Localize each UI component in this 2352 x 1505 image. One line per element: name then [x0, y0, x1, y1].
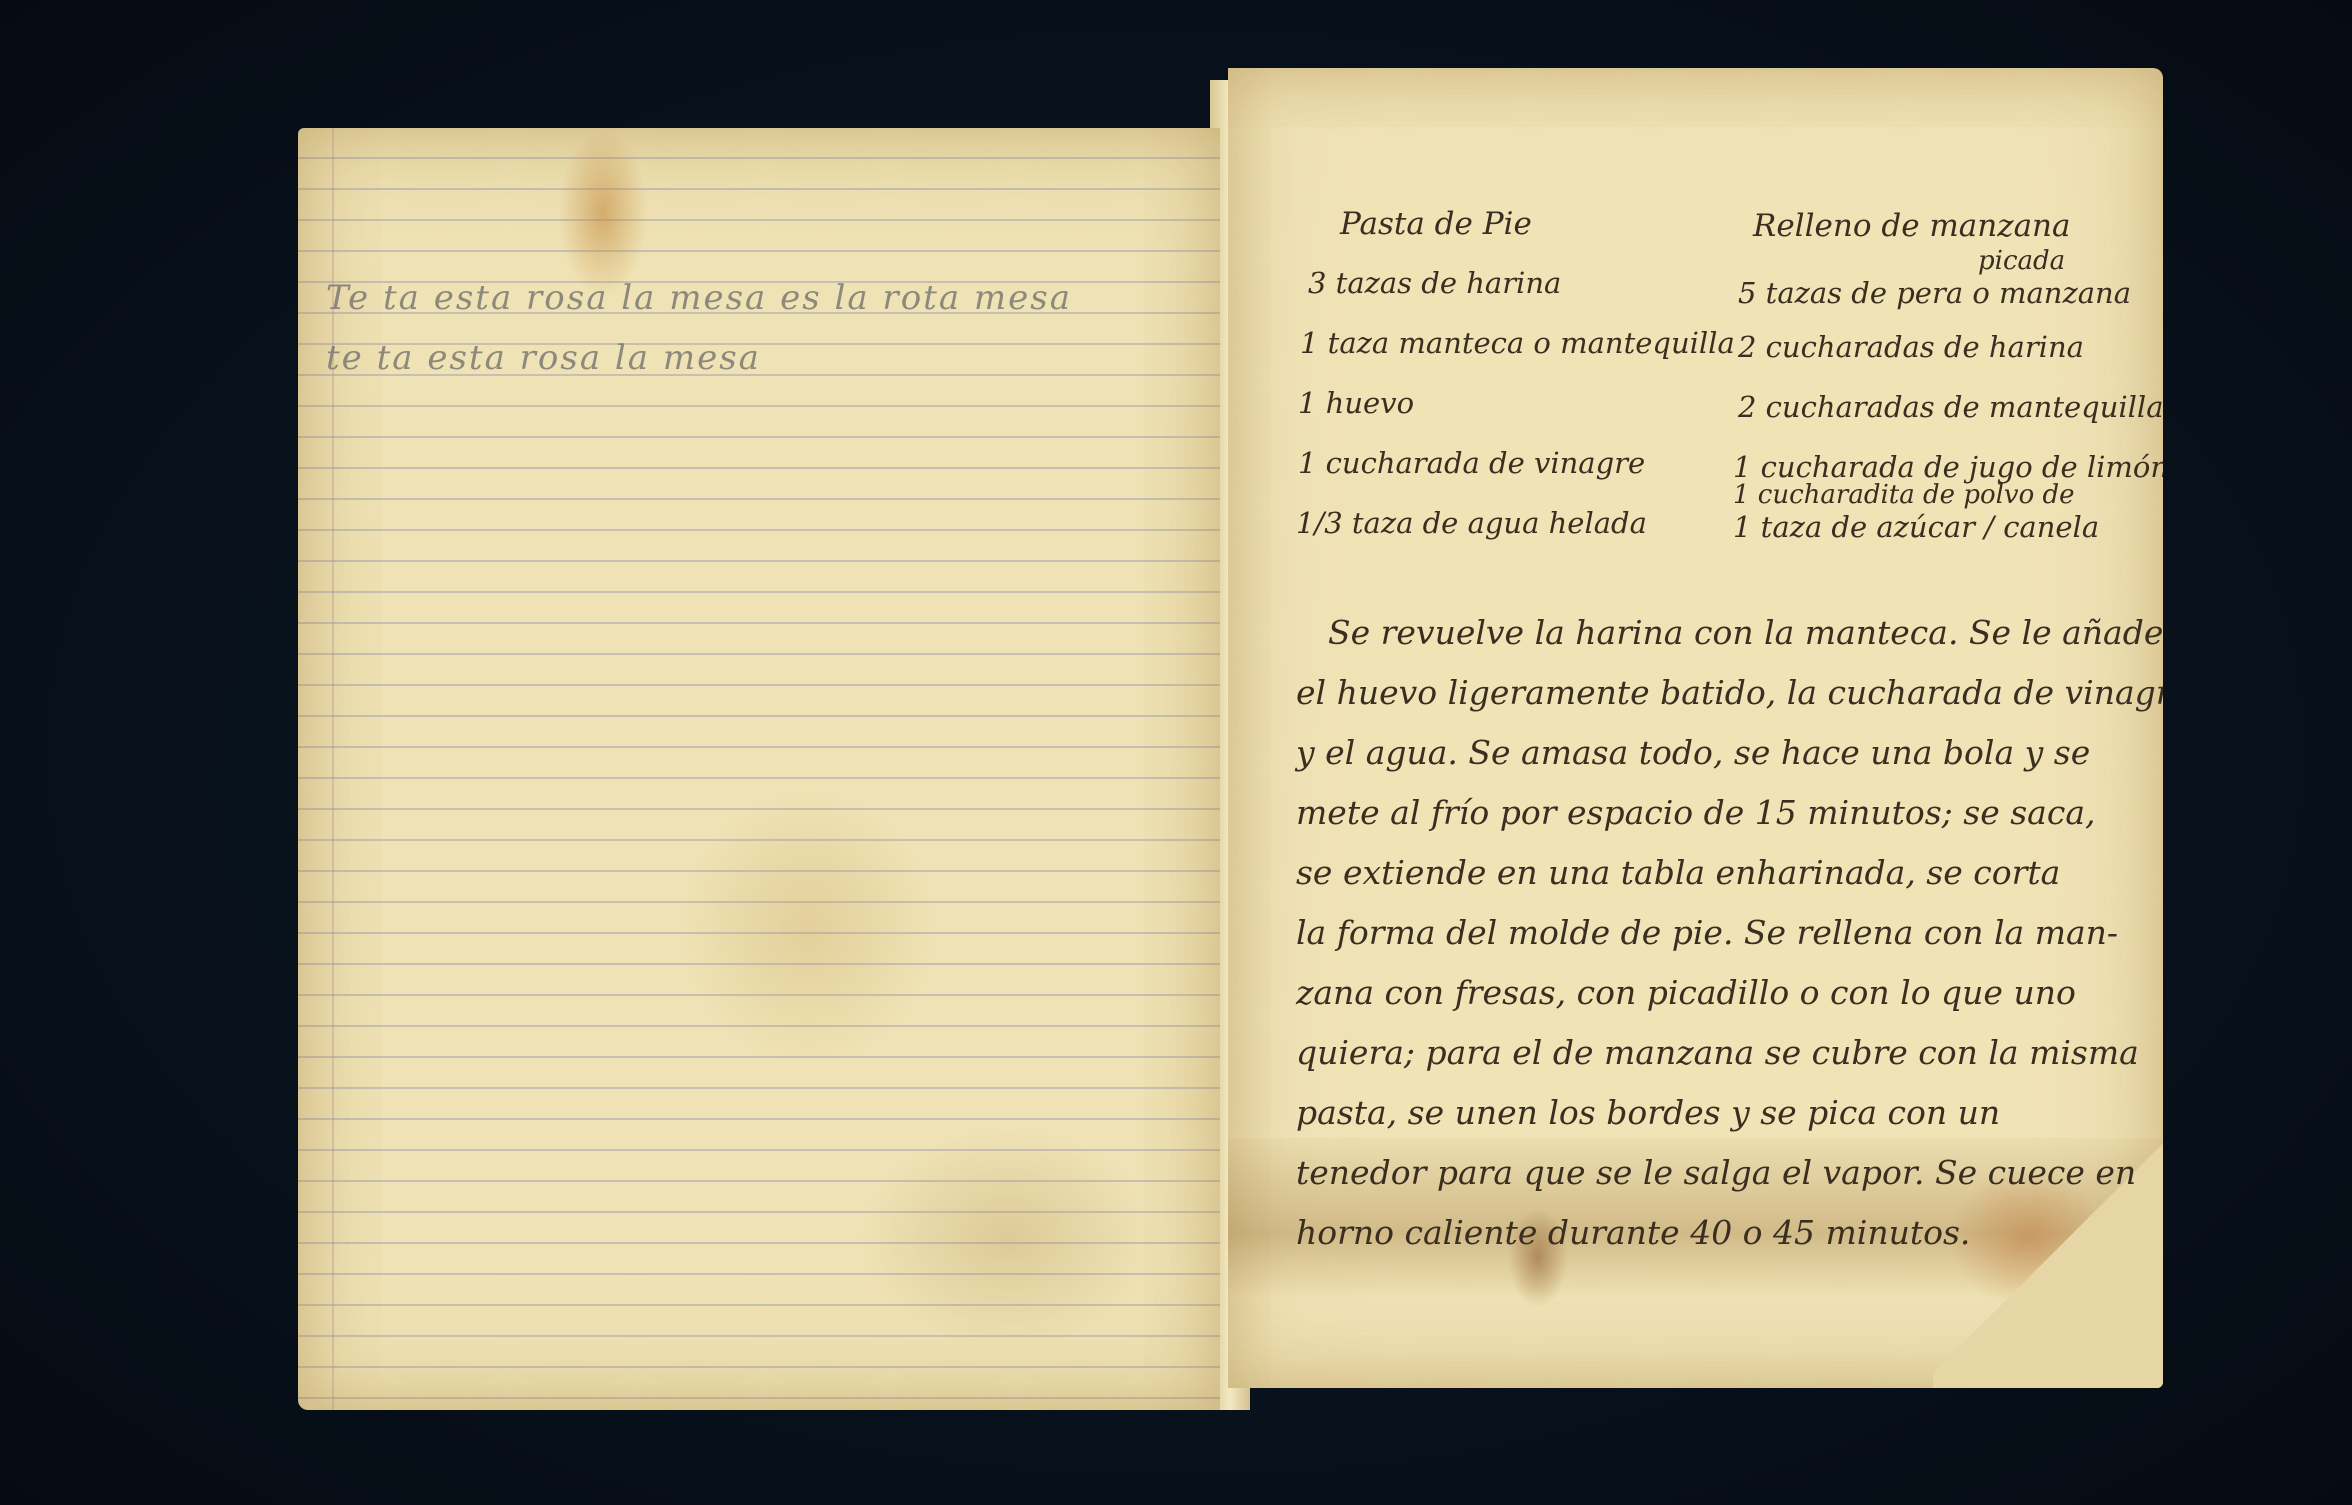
water-stain: [678, 788, 938, 1068]
ingredient-item: 1 huevo: [1298, 386, 1414, 420]
instruction-line: mete al frío por espacio de 15 minutos; …: [1296, 793, 2096, 832]
water-stain: [558, 128, 648, 298]
water-stain: [858, 1128, 1158, 1348]
instruction-line: el huevo ligeramente batido, la cucharad…: [1296, 673, 2163, 712]
instruction-line: Se revuelve la harina con la manteca. Se…: [1328, 613, 2163, 652]
instruction-line: se extiende en una tabla enharinada, se …: [1296, 853, 2060, 892]
pencil-writing-line: Te ta esta rosa la mesa es la rota mesa: [326, 278, 1072, 318]
recipe-title-crust: Pasta de Pie: [1340, 206, 1532, 242]
instruction-line: y el agua. Se amasa todo, se hace una bo…: [1296, 733, 2090, 772]
instruction-line: zana con fresas, con picadillo o con lo …: [1296, 973, 2076, 1012]
recipe-title-continuation: picada: [1978, 246, 2065, 276]
right-page: Pasta de Pie 3 tazas de harina 1 taza ma…: [1228, 68, 2163, 1388]
ingredient-item: 1 cucharada de jugo de limón: [1733, 450, 2163, 484]
ingredient-item: 1 taza manteca o mantequilla: [1300, 326, 1735, 360]
recipe-title-filling: Relleno de manzana: [1753, 208, 2071, 244]
ingredient-item: 1 taza de azúcar / canela: [1733, 510, 2099, 544]
margin-line: [332, 128, 334, 1410]
ingredient-item: 2 cucharadas de mantequilla: [1738, 390, 2163, 424]
ingredient-item: 2 cucharadas de harina: [1738, 330, 2084, 364]
instruction-line: horno caliente durante 40 o 45 minutos.: [1296, 1213, 1970, 1252]
pencil-writing-line: te ta esta rosa la mesa: [326, 338, 761, 378]
instruction-line: tenedor para que se le salga el vapor. S…: [1296, 1153, 2136, 1192]
ingredient-item: 5 tazas de pera o manzana: [1738, 276, 2131, 310]
left-page: Te ta esta rosa la mesa es la rota mesa …: [298, 128, 1220, 1410]
ingredient-item: 1/3 taza de agua helada: [1296, 506, 1647, 540]
instruction-line: quiera; para el de manzana se cubre con …: [1296, 1033, 2139, 1072]
instruction-line: la forma del molde de pie. Se rellena co…: [1296, 913, 2118, 952]
ingredient-item: 1 cucharada de vinagre: [1298, 446, 1645, 480]
ingredient-item: 1 cucharadita de polvo de: [1733, 480, 2075, 510]
instruction-line: pasta, se unen los bordes y se pica con …: [1296, 1093, 2000, 1132]
ingredient-item: 3 tazas de harina: [1308, 266, 1561, 300]
